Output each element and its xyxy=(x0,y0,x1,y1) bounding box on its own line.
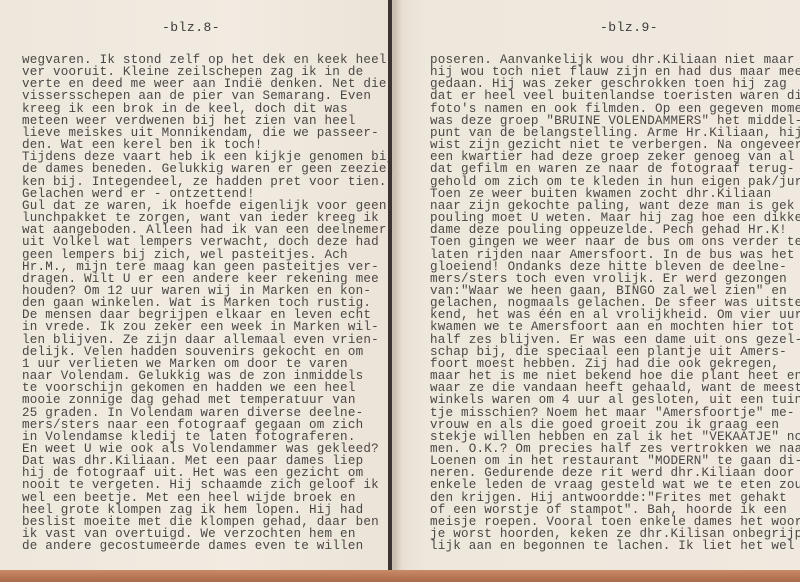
text-line: Hr.M., mijn tere maag kan geen pasteitje… xyxy=(22,261,394,273)
text-line: half zes blijven. Er was een dame uit on… xyxy=(430,334,800,346)
text-line: gehold om zich om te kleden in hun eigen… xyxy=(430,176,800,188)
text-line: len blijven. Ze zijn daar allemaal even … xyxy=(22,334,394,346)
text-line: lijk aan en begonnen te lachen. Ik liet … xyxy=(430,540,800,552)
spine-shadow xyxy=(392,0,402,570)
text-line: foto's namen en ook filmden. Op een gege… xyxy=(430,103,800,115)
text-line: den krijgen. Hij antwoordde:"Frites met … xyxy=(430,492,800,504)
text-line: de dames beneden. Gelukkig waren er geen… xyxy=(22,163,394,175)
text-line: nooit te vergeten. Hij schaamde zich gel… xyxy=(22,479,394,491)
text-line: wel een beetje. Met een heel wijde broek… xyxy=(22,492,394,504)
text-line: tje misschien? Noem het maar "Amersfoort… xyxy=(430,407,800,419)
page-body-text: poseren. Aanvankelijk wou dhr.Kiliaan ni… xyxy=(430,54,800,552)
text-line: 25 graden. In Volendam waren diverse dee… xyxy=(22,407,394,419)
cover-edge xyxy=(0,570,800,582)
text-line: ken bij. Integendeel, ze hadden pret voo… xyxy=(22,176,394,188)
text-line: in vrede. Ik zou zeker een week in Marke… xyxy=(22,321,394,333)
text-line: dat er heel veel buitenlandse toeristen … xyxy=(430,90,800,102)
text-line: de andere gecostumeerde dames even te wi… xyxy=(22,540,394,552)
text-line: dat gefilm en waren ze naar de fotograaf… xyxy=(430,163,800,175)
text-line: uit Volkel wat lempers verwacht, doch de… xyxy=(22,236,394,248)
text-line: gloeiend! Ondanks deze hitte bleven de d… xyxy=(430,261,800,273)
page-number: -blz.9- xyxy=(600,20,658,35)
text-line: enkele leden de vraag gesteld wat we te … xyxy=(430,479,800,491)
text-line: kreeg ik een brok in de keel, doch dit w… xyxy=(22,103,394,115)
left-page: -blz.8- wegvaren. Ik stond zelf op het d… xyxy=(0,0,392,570)
page-body-text: wegvaren. Ik stond zelf op het dek en ke… xyxy=(22,54,394,552)
text-line: Toen gingen we weer naar de bus om ons v… xyxy=(430,236,800,248)
text-line: kwamen we te Amersfoort aan en mochten h… xyxy=(430,321,800,333)
text-line: mooie zonnige dag gehad met temperatuur … xyxy=(22,394,394,406)
text-line: laten rijden naar Amersfoort. In de bus … xyxy=(430,249,800,261)
text-line: vissersschepen aan de pier van Semarang.… xyxy=(22,90,394,102)
text-line: geen lempers bij zich, wel pasteitjes. A… xyxy=(22,249,394,261)
page-number: -blz.8- xyxy=(162,20,220,35)
text-line: winkels waren om 4 uur al gesloten, uit … xyxy=(430,394,800,406)
right-page: -blz.9- poseren. Aanvankelijk wou dhr.Ki… xyxy=(394,0,800,570)
